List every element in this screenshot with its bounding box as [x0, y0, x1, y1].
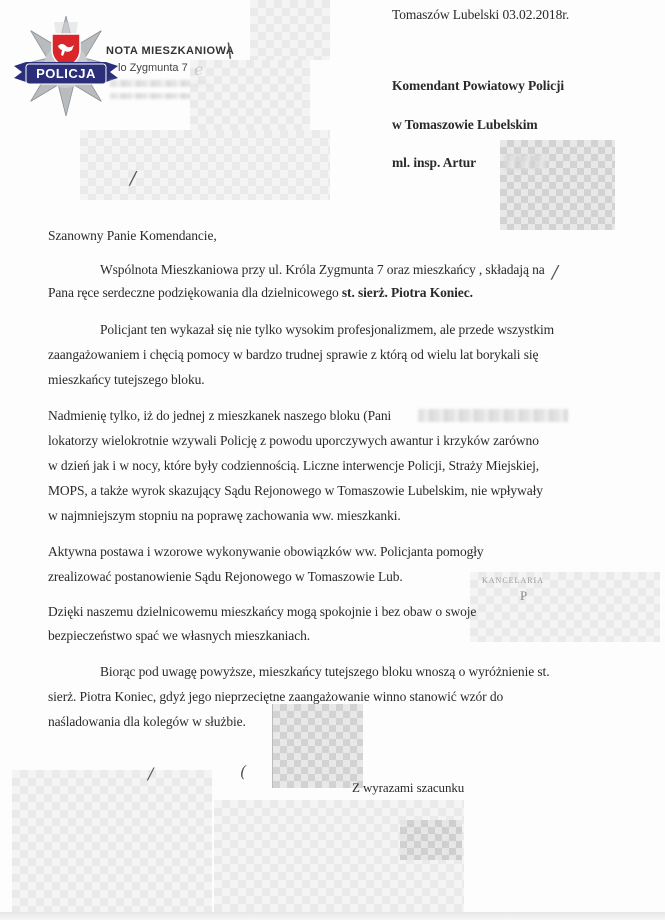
redacted-signatures-far-right [400, 820, 462, 860]
redacted-resident-name [418, 409, 568, 422]
closing: Z wyrazami szacunku [352, 780, 464, 796]
paragraph-2-line-2: zaangażowaniem i chęcią pomocy w bardzo … [48, 347, 538, 363]
logo-label: POLICJA [28, 66, 104, 81]
paragraph-6-line-3: naśladowania dla kolegów w służbie. [48, 714, 246, 730]
side-stamp-line2: P [520, 588, 527, 604]
officer-name: st. sierż. Piotra Koniec. [342, 285, 473, 300]
paragraph-1-line-2: Pana ręce serdeczne podziękowania dla dz… [48, 285, 473, 301]
handwriting-mark: \ [226, 38, 233, 62]
paragraph-3-line-1: Nadmienię tylko, iż do jednej z mieszkan… [48, 408, 391, 424]
scanned-letter: POLICJA NOTA MIESZKANIOWA \ lo Zygmunta … [0, 0, 665, 920]
paragraph-6-line-2: sierż. Piotra Koniec, gdyż jego nieprzec… [48, 689, 503, 705]
paragraph-1-text: Pana ręce serdeczne podziękowania dla dz… [48, 285, 342, 300]
paragraph-3-line-5: w najmniejszym stopniu na poprawę zachow… [48, 508, 401, 524]
place-date: Tomaszów Lubelski 03.02.2018r. [392, 7, 569, 23]
recipient-line-2: w Tomaszowie Lubelskim [392, 117, 538, 133]
paragraph-1-line-1: Wspólnota Mieszkaniowa przy ul. Króla Zy… [100, 262, 545, 278]
redacted-area [190, 60, 310, 130]
handwriting-mark: / [130, 168, 136, 189]
sender-stamp-line1: NOTA MIESZKANIOWA [106, 45, 234, 57]
paragraph-2-line-1: Policjant ten wykazał się nie tylko wyso… [100, 322, 554, 338]
recipient-line-3: ml. insp. Artur [392, 155, 476, 171]
redacted-signature-stamp [272, 704, 363, 788]
redacted-signatures-left [12, 770, 212, 915]
redacted-area [500, 140, 615, 230]
paragraph-2-line-3: mieszkańcy tutejszego bloku. [48, 372, 205, 388]
paragraph-3-line-4: MOPS, a także wyrok skazujący Sądu Rejon… [48, 483, 543, 499]
handwriting-mark: / [148, 764, 153, 783]
paragraph-4-line-2: zrealizować postanowienie Sądu Rejonoweg… [48, 569, 403, 585]
redacted-area [80, 130, 330, 200]
paragraph-3-line-3: w dzień jak i w nocy, które były codzien… [48, 458, 539, 474]
salutation: Szanowny Panie Komendancie, [48, 228, 217, 244]
redacted-surname [504, 155, 546, 169]
scan-bottom-edge [0, 912, 665, 920]
paragraph-5-line-1: Dzięki naszemu dzielnicowemu mieszkańcy … [48, 604, 476, 620]
paragraph-3-line-2: lokatorzy wielokrotnie wzywali Policję z… [48, 433, 539, 449]
paragraph-5-line-2: bezpieczeństwo spać we własnych mieszkan… [48, 628, 310, 644]
redacted-area [250, 0, 330, 60]
handwriting-mark: ( [240, 762, 246, 781]
recipient-line-1: Komendant Powiatowy Policji [392, 78, 564, 94]
paragraph-4-line-1: Aktywna postawa i wzorowe wykonywanie ob… [48, 544, 484, 560]
side-stamp-line1: KANCELARIA [482, 576, 544, 585]
paragraph-6-line-1: Biorąc pod uwagę powyższe, mieszkańcy tu… [100, 664, 549, 680]
sender-stamp-line2: lo Zygmunta 7 [118, 62, 188, 74]
redacted-stamp-line [110, 93, 192, 99]
handwriting-mark: / [552, 262, 558, 283]
